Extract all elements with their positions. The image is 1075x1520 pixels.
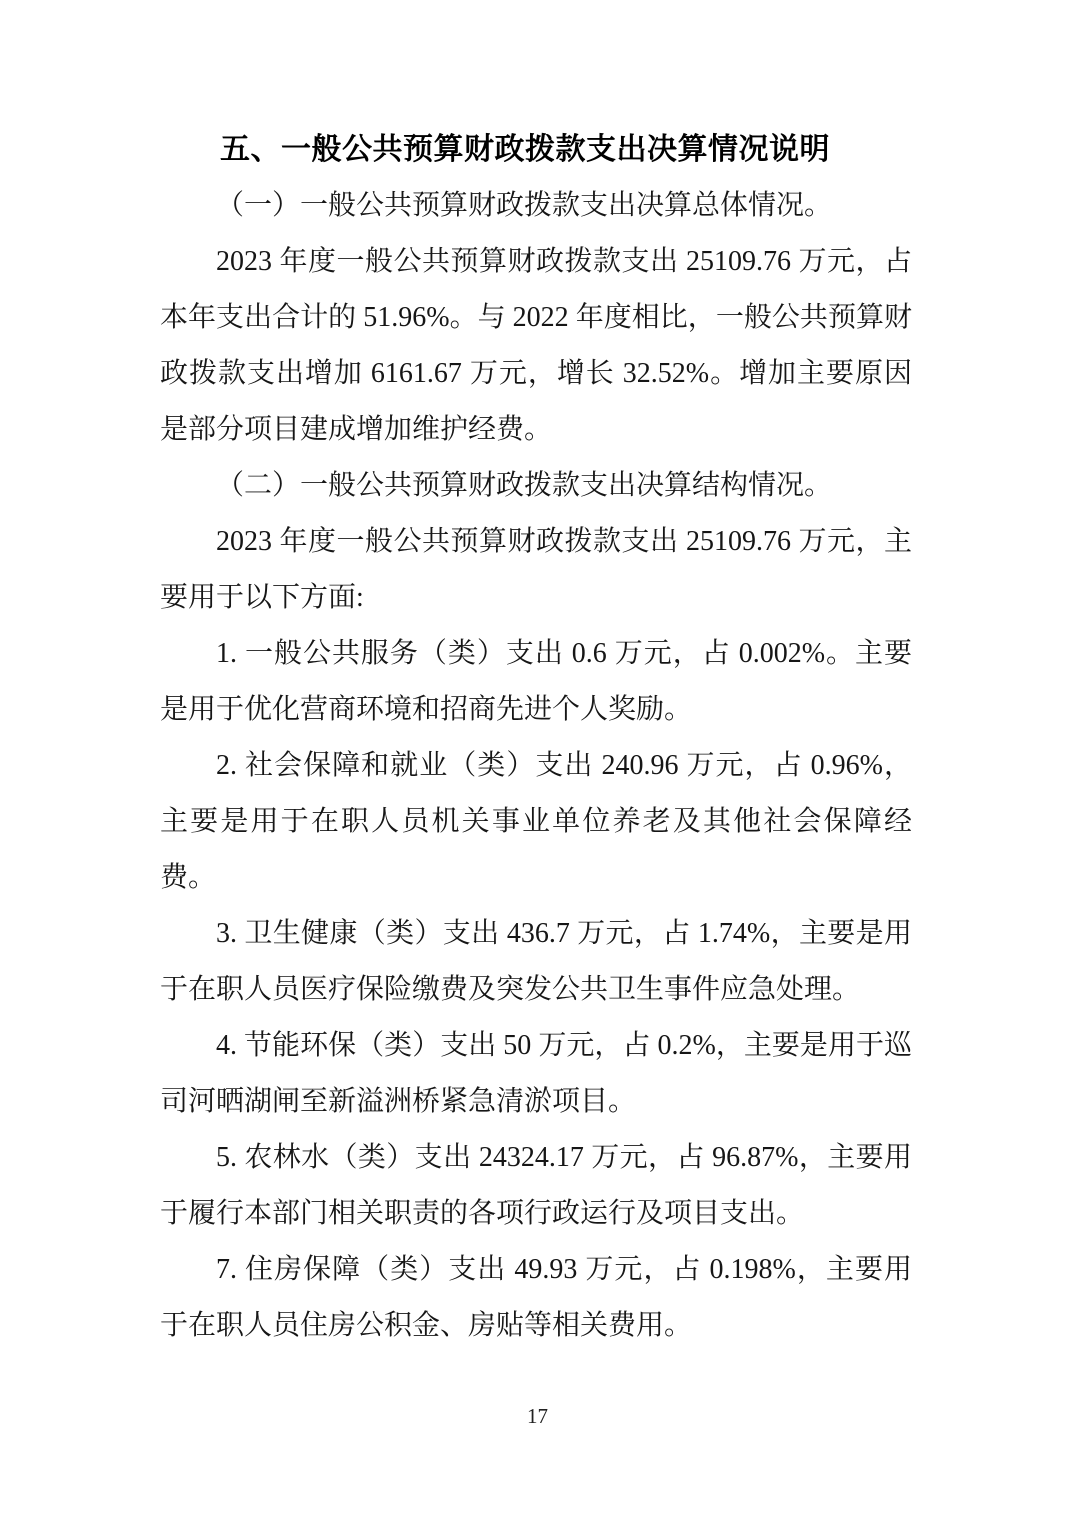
paragraph-subsection-1: （一）一般公共预算财政拨款支出决算总体情况。 [160,178,912,234]
page-number: 17 [0,1404,1075,1429]
paragraph-item-5-agriculture-water: 5. 农林水（类）支出 24324.17 万元，占 96.87%，主要用于履行本… [160,1130,912,1242]
paragraph-item-1-public-services: 1. 一般公共服务（类）支出 0.6 万元，占 0.002%。主要是用于优化营商… [160,626,912,738]
paragraph-item-3-health: 3. 卫生健康（类）支出 436.7 万元，占 1.74%，主要是用于在职人员医… [160,906,912,1018]
paragraph-item-2-social-security: 2. 社会保障和就业（类）支出 240.96 万元，占 0.96%，主要是用于在… [160,738,912,906]
paragraph-overall-total: 2023 年度一般公共预算财政拨款支出 25109.76 万元，占本年支出合计的… [160,234,912,458]
paragraph-item-7-housing: 7. 住房保障（类）支出 49.93 万元，占 0.198%，主要用于在职人员住… [160,1242,912,1354]
paragraph-structure-intro: 2023 年度一般公共预算财政拨款支出 25109.76 万元，主要用于以下方面… [160,514,912,626]
section-heading: 五、一般公共预算财政拨款支出决算情况说明 [160,122,912,178]
paragraph-subsection-2: （二）一般公共预算财政拨款支出决算结构情况。 [160,458,912,514]
document-body: 五、一般公共预算财政拨款支出决算情况说明 （一）一般公共预算财政拨款支出决算总体… [160,122,912,1354]
paragraph-item-4-energy-conservation: 4. 节能环保（类）支出 50 万元，占 0.2%，主要是用于巡司河晒湖闸至新溢… [160,1018,912,1130]
document-page: 五、一般公共预算财政拨款支出决算情况说明 （一）一般公共预算财政拨款支出决算总体… [0,0,1075,1520]
